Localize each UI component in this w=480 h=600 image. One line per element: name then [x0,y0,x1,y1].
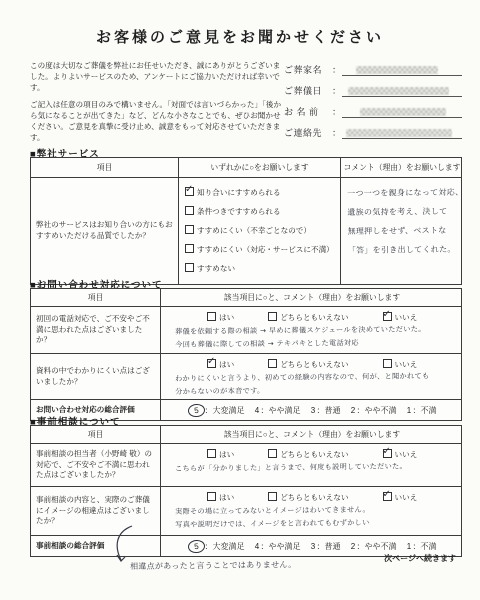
header-item: 項目 [31,426,161,443]
checkbox-icon [185,244,194,253]
option-no: いいえ [383,449,418,460]
handwriting-line: 「答」を引き出してくれた。 [348,244,460,256]
checkbox-icon [383,492,392,501]
rating-text: 大変満足 [205,405,245,416]
consult-answer-image: はい どちらともいえない いいえ 実際その場に立ってみないとイメージはわいてきま… [161,487,463,535]
header-response: 該当項目に○と、コメント（理由）をお願いします [161,289,463,306]
rating-value: 5 [187,403,205,418]
checkbox-icon [185,263,194,272]
option-label: すすめにくい（不幸ごとなので） [197,226,311,235]
checkbox-icon [383,312,392,321]
field-value-line [342,63,462,76]
yes-no-options: はい どちらともいえない いいえ [165,356,459,371]
service-question: 弊社のサービスはお知り合いの方にもおすすめいただける品質でしたか？ [31,178,179,284]
option-neither: どちらともいえない [268,359,348,370]
yes-no-options: はい どちらともいえない いいえ [165,309,459,324]
inquiry-table-header: 項目 該当項目に○と、コメント（理由）をお願いします [31,289,461,307]
rating-2: 2やや不満 [350,405,397,416]
identity-fields: ご葬家名 ： ご葬儀日 ： お 名 前 ： ご連絡先 ： [284,63,462,147]
checkbox-icon [383,359,392,368]
rating-text: 大変満足 [205,541,245,552]
option-label: すすめない [197,264,235,273]
option-neither: どちらともいえない [268,492,348,503]
option-label: どちらともいえない [280,450,348,459]
rating-text: やや不満 [357,405,397,416]
option-yes: はい [207,449,234,460]
inquiry-row-materials: 資料の中でわかりにくい点はございましたか？ はい どちらともいえない いいえ わ… [31,354,461,400]
handwriting-line: 遺族の気持を考え、決して [347,206,459,218]
inquiry-rating-scale: 5大変満足 4やや満足 3普通 2やや不満 1不満 [161,400,463,420]
handwriting-line: わかりにくいと言うより、初めての経験の内容なので、何が、と聞かれても [175,371,459,384]
checkbox-icon [185,225,194,234]
yes-no-options: はい どちらともいえない いいえ [165,489,459,504]
consult-rating-label: 事前相談の総合評価 [31,536,161,556]
option-label: どちらともいえない [280,313,348,322]
rating-value: 3 [310,406,317,415]
option-label: いいえ [395,360,418,369]
service-handwritten-comment: 一つ一つを親身になって対応、 遺族の気持を考え、決して 無理押しをせず、ベストな… [341,177,464,284]
checkbox-icon [268,492,277,501]
option-no: いいえ [383,312,418,323]
option-label: はい [219,450,234,459]
handwriting-line: 実際その場に立ってみないとイメージはわいてきません。 [175,504,459,517]
rating-2: 2やや不満 [350,541,397,552]
redacted-value [356,66,438,74]
consult-question-image: 事前相談の内容と、実際のご葬儀にイメージの相違点はございましたか？ [31,487,161,535]
rating-4: 4やや満足 [254,541,301,552]
rating-5: 5大変満足 [188,404,245,417]
field-label: ご葬儀日 [284,84,332,97]
field-value-line [342,105,462,118]
checkbox-icon [383,449,392,458]
rating-4: 4やや満足 [254,405,301,416]
option-yes: はい [207,492,234,503]
option-label: すすめにくい（対応・サービスに不満） [197,245,334,254]
continue-note: 次ページへ続きます [384,553,456,564]
option-yes: はい [207,312,234,323]
field-contact: ご連絡先 ： [284,126,462,139]
option-label: はい [219,493,234,502]
field-funeral-date: ご葬儀日 ： [284,84,462,97]
handwriting-line: こちらが「分かりました」と言うまで、何度も説明していただいた。 [175,461,459,474]
service-table-row: 弊社のサービスはお知り合いの方にもおすすめいただける品質でしたか？ 知り合いにす… [31,178,461,284]
option-label: いいえ [395,493,418,502]
option-conditional: 条件つきですすめられる [185,206,338,217]
option-no: いいえ [383,359,418,370]
inquiry-row-phone: 初回の電話対応で、ご不安やご不満に思われた点はございましたか？ はい どちらとも… [31,307,461,354]
option-recommend: 知り合いにすすめられる [185,187,338,198]
service-table: 項目 いずれかに○をお願いします コメント（理由）をお願いします 弊社のサービス… [30,157,462,285]
redacted-value [360,108,446,116]
consult-table: 項目 該当項目に○と、コメント（理由）をお願いします 事前相談の担当者（小野崎 … [30,425,462,557]
yes-no-options: はい どちらともいえない いいえ [165,446,459,461]
field-colon: ： [332,105,342,118]
option-label: はい [219,360,234,369]
option-label: 条件つきですすめられる [197,207,281,216]
header-response: 該当項目に○と、コメント（理由）をお願いします [161,426,463,443]
hand-arrow-annotation [112,524,136,566]
handwriting-line: 写真や説明だけでは、イメージをと言われてもむずかしい [175,517,459,530]
rating-value: 5 [187,539,205,554]
field-label: ご葬家名 [284,63,332,76]
option-neither: どちらともいえない [268,312,348,323]
checkbox-icon [268,359,277,368]
checkbox-icon [207,449,216,458]
option-label: いいえ [395,450,418,459]
handwriting-line: 葬儀を依頼する際の相談 → 早めに葬儀スケジュールを決めていただいた。 [175,324,459,337]
rating-3: 3普通 [310,405,341,416]
rating-text: 不満 [413,541,437,552]
inquiry-table: 項目 該当項目に○と、コメント（理由）をお願いします 初回の電話対応で、ご不安や… [30,288,462,421]
inquiry-answer-phone: はい どちらともいえない いいえ 葬儀を依頼する際の相談 → 早めに葬儀スケジュ… [161,307,463,353]
checkbox-icon [207,359,216,368]
rating-value: 2 [350,406,357,415]
rating-value: 1 [406,542,413,551]
handwriting-line: 分からないのが本音です。 [175,384,459,397]
checkbox-icon [185,187,194,196]
field-colon: ： [332,84,342,97]
rating-3: 3普通 [310,541,341,552]
consult-row-staff: 事前相談の担当者（小野崎 敬）の対応で、ご不安やご不満に思われた点はございました… [31,444,461,487]
option-no-recommend: すすめない [185,263,338,274]
checkbox-icon [207,312,216,321]
rating-text: やや不満 [357,541,397,552]
rating-value: 2 [350,542,357,551]
handwriting-line: 一つ一つを親身になって対応、 [347,187,459,199]
option-hard-misfortune: すすめにくい（不幸ごとなので） [185,225,338,236]
rating-text: やや満足 [261,541,301,552]
option-label: はい [219,313,234,322]
redacted-value [346,129,452,137]
handwriting-line: 今回も葬儀に際しての相談 → テキパキとした電話対応 [175,337,459,350]
header-item: 項目 [31,158,179,177]
consult-answer-staff: はい どちらともいえない いいえ こちらが「分かりました」と言うまで、何度も説明… [161,444,463,486]
service-options: 知り合いにすすめられる 条件つきですすめられる すすめにくい（不幸ごとなので） … [179,178,341,284]
handwriting-line: 無理押しをせず、ベストな [348,225,460,237]
field-family-name: ご葬家名 ： [284,63,462,76]
checkbox-icon [185,206,194,215]
option-hard-dissatisfied: すすめにくい（対応・サービスに不満） [185,244,338,255]
inquiry-question-phone: 初回の電話対応で、ご不安やご不満に思われた点はございましたか？ [31,307,161,353]
service-table-header: 項目 いずれかに○をお願いします コメント（理由）をお願いします [31,158,461,178]
rating-text: 普通 [317,405,341,416]
rating-text: 普通 [317,541,341,552]
consult-question-staff: 事前相談の担当者（小野崎 敬）の対応で、ご不安やご不満に思われた点はございました… [31,444,161,486]
checkbox-icon [268,312,277,321]
option-label: どちらともいえない [280,493,348,502]
rating-value: 4 [254,406,261,415]
header-item: 項目 [31,289,161,306]
checkbox-icon [268,449,277,458]
field-label: ご連絡先 [284,126,332,139]
field-colon: ： [332,63,342,76]
field-value-line [342,126,462,139]
option-label: 知り合いにすすめられる [197,188,281,197]
option-no: いいえ [383,492,418,503]
intro-paragraph-2: ご記入は任意の項目のみで構いません。「対面では言いづらかった」「後から気になるこ… [30,100,284,143]
intro-text: この度は大切なご葬儀を弊社にお任せいただき、誠にありがとうございました。よりよい… [30,61,284,150]
rating-text: 不満 [413,405,437,416]
rating-value: 4 [254,542,261,551]
rating-1: 1不満 [406,405,437,416]
option-label: どちらともいえない [280,360,348,369]
consult-table-header: 項目 該当項目に○と、コメント（理由）をお願いします [31,426,461,444]
consult-row-image: 事前相談の内容と、実際のご葬儀にイメージの相違点はございましたか？ はい どちら… [31,487,461,536]
field-value-line [342,84,462,97]
checkbox-icon [207,492,216,501]
page-title: お客様のご意見をお聞かせください [0,26,480,47]
field-colon: ： [332,126,342,139]
inquiry-answer-materials: はい どちらともいえない いいえ わかりにくいと言うより、初めての経験の内容なの… [161,354,463,399]
header-comment: コメント（理由）をお願いします [341,158,463,177]
option-neither: どちらともいえない [268,449,348,460]
option-label: いいえ [395,313,418,322]
rating-value: 1 [406,406,413,415]
handwritten-footnote: 相違点があったと言うことではありません。 [130,559,297,572]
intro-paragraph-1: この度は大切なご葬儀を弊社にお任せいただき、誠にありがとうございました。よりよい… [30,61,284,93]
header-choice: いずれかに○をお願いします [179,158,341,177]
rating-5: 5大変満足 [188,540,245,553]
option-yes: はい [207,359,234,370]
inquiry-question-materials: 資料の中でわかりにくい点はございましたか？ [31,354,161,399]
redacted-value [348,87,449,95]
rating-1: 1不満 [406,541,437,552]
rating-value: 3 [310,542,317,551]
rating-text: やや満足 [261,405,301,416]
field-label: お 名 前 [284,105,332,118]
field-name: お 名 前 ： [284,105,462,118]
